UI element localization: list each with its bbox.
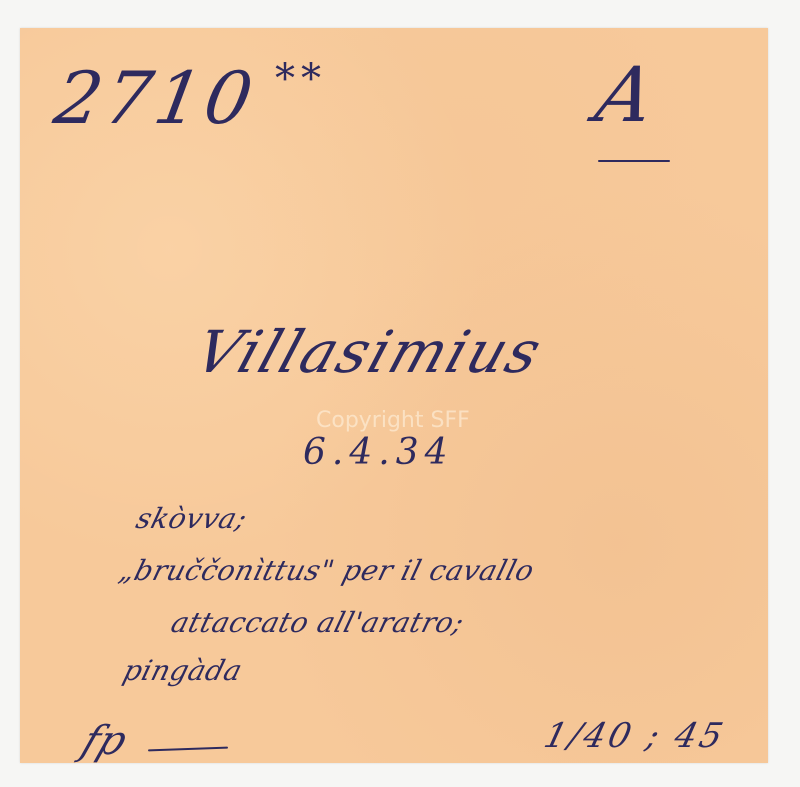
- section-underline: [598, 160, 670, 162]
- index-card: 2710 ** A Villasimius Copyright SFF 6.4.…: [20, 28, 768, 763]
- star-marks-icon: **: [275, 56, 327, 102]
- signature-stroke: [148, 747, 228, 752]
- place-name: Villasimius: [187, 318, 551, 386]
- entry-line: „bruččonìttus" per il cavallo: [116, 554, 538, 587]
- entry-line: skòvva;: [133, 502, 251, 535]
- signature: fp: [76, 718, 134, 764]
- entry-line: pingàda: [120, 654, 246, 687]
- folio-reference: 1/40 ; 45: [540, 716, 730, 756]
- section-letter: A: [589, 50, 663, 139]
- entry-line: attaccato all'aratro;: [168, 606, 468, 639]
- watermark: Copyright SFF: [316, 408, 470, 433]
- catalog-number: 2710: [49, 56, 263, 140]
- date: 6.4.34: [303, 432, 454, 473]
